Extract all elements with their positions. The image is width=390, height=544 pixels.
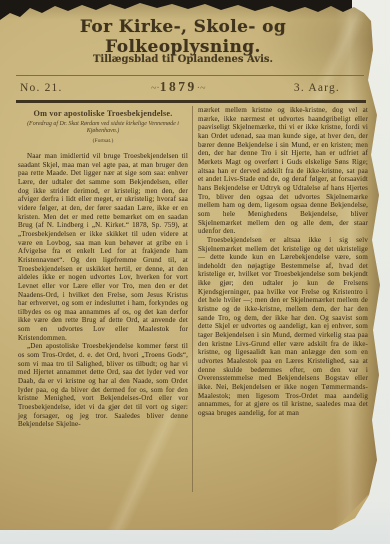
left-column: Om vor apostoliske Troesbekjendelse. (Fo… [18,106,192,492]
article-byline: (Foredrag af Dr. Skat Rørdam ved sidste … [24,121,182,135]
right-column: mærket mellem kristne og ikke-kristne, d… [193,106,368,492]
issue-year: ~·1879·~ [151,79,206,95]
article-columns: Om vor apostoliske Troesbekjendelse. (Fo… [18,106,368,492]
year-value: 1879 [160,79,197,94]
paragraph: mærket mellem kristne og ikke-kristne, d… [198,106,368,236]
newspaper-page: For Kirke-, Skole- og Folkeoplysning. Ti… [0,0,390,544]
paragraph: Naar man imidlertid vil bruge Troesbekje… [18,152,188,342]
thick-rule [16,100,366,103]
year-flourish-right: ·~ [197,83,206,94]
paragraph: Troesbekjendelsen er altsaa ikke i sig s… [198,236,368,418]
article-heading: Om vor apostoliske Troesbekjendelse. [18,109,188,118]
year-flourish-left: ~· [151,83,160,94]
thin-rule [16,75,364,76]
scanned-newspaper-photo: For Kirke-, Skole- og Folkeoplysning. Ti… [0,0,390,544]
issue-info-row: No. 21. ~·1879·~ 3. Aarg. [20,79,340,95]
issue-volume: 3. Aarg. [294,82,340,94]
column-divider-rule [192,106,193,492]
paragraph: „Den apostoliske Troesbekjendelse kommer… [18,342,188,429]
masthead-subtitle: Tillægsblad til Oplandenes Avis. [12,54,354,65]
issue-number: No. 21. [20,82,63,94]
continuation-note: (Fortsat.) [18,138,188,144]
masthead-title: For Kirke-, Skole- og Folkeoplysning. [12,17,354,57]
